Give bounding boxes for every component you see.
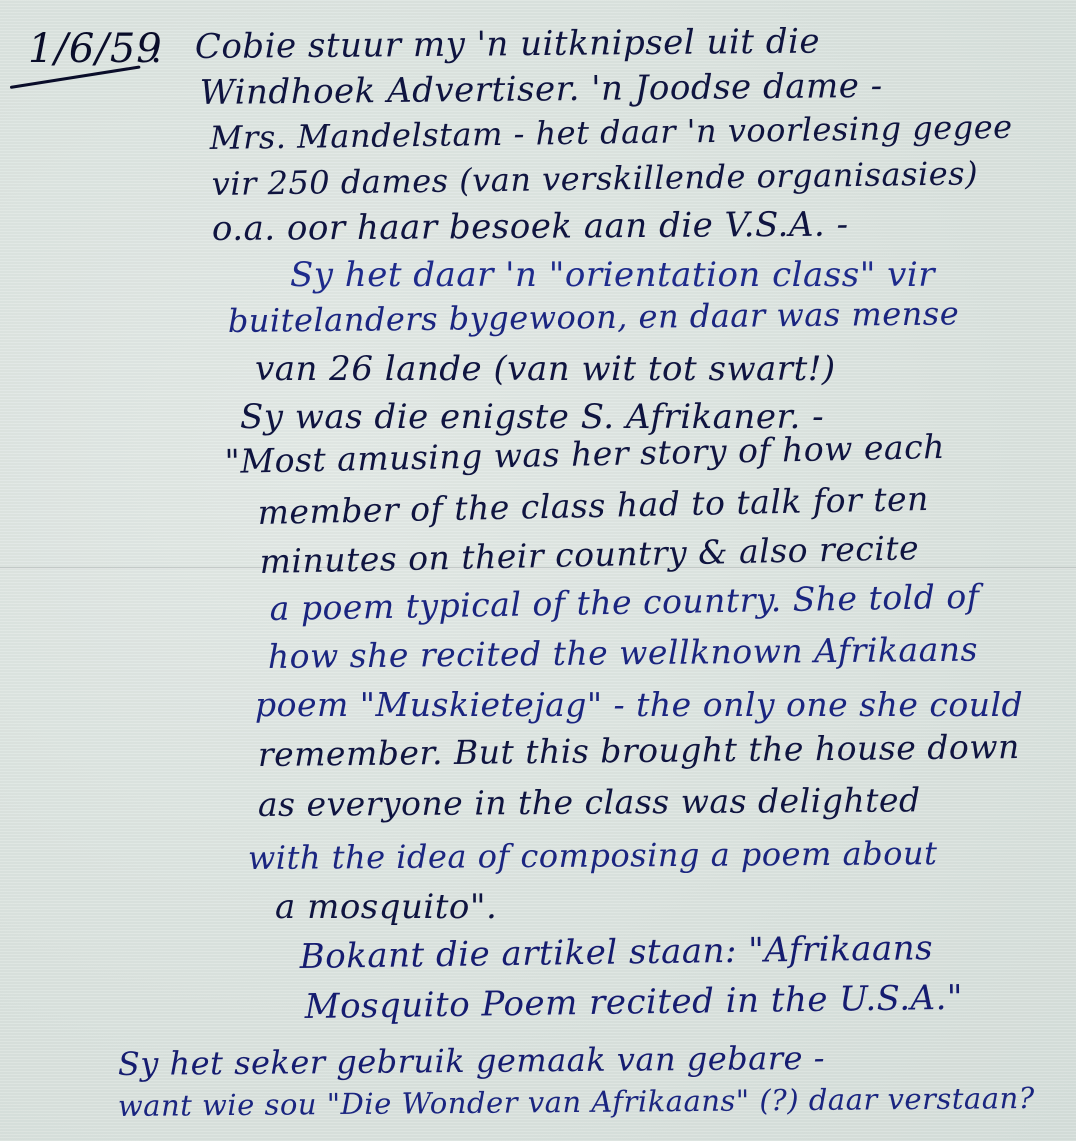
handwritten-line: Windhoek Advertiser. 'n Joodse dame - bbox=[200, 69, 883, 110]
handwritten-line: Cobie stuur my 'n uitknipsel uit die bbox=[195, 25, 820, 64]
handwritten-line: Bokant die artikel staan: "Afrikaans bbox=[300, 931, 934, 974]
handwritten-line: Sy het daar 'n "orientation class" vir bbox=[290, 258, 935, 292]
handwritten-line: Sy was die enigste S. Afrikaner. - bbox=[240, 400, 824, 434]
entry-date: 1/6/59 bbox=[28, 26, 163, 72]
handwritten-line: as everyone in the class was delighted bbox=[258, 783, 921, 821]
handwritten-line: a poem typical of the country. She told … bbox=[269, 580, 979, 625]
handwritten-line: Mosquito Poem recited in the U.S.A." bbox=[305, 981, 964, 1024]
handwritten-line: how she recited the wellknown Afrikaans bbox=[268, 633, 978, 673]
handwritten-line: Mrs. Mandelstam - het daar 'n voorlesing… bbox=[210, 111, 1013, 154]
handwritten-line: Sy het seker gebruik gemaak van gebare - bbox=[118, 1042, 825, 1080]
handwritten-line: remember. But this brought the house dow… bbox=[258, 730, 1020, 771]
handwritten-line: "Most amusing was her story of how each bbox=[224, 430, 945, 478]
handwritten-line: want wie sou "Die Wonder van Afrikaans" … bbox=[118, 1084, 1035, 1121]
handwritten-line: with the idea of composing a poem about bbox=[248, 837, 938, 874]
handwritten-line: minutes on their country & also recite bbox=[259, 531, 919, 578]
handwritten-line: van 26 lande (van wit tot swart!) bbox=[255, 352, 836, 386]
handwritten-line: o.a. oor haar besoek aan die V.S.A. - bbox=[212, 208, 849, 246]
date-separator: : bbox=[150, 30, 162, 71]
handwritten-line: a mosquito". bbox=[275, 890, 497, 924]
handwritten-line: buitelanders bygewoon, en daar was mense bbox=[228, 297, 960, 337]
handwritten-line: poem "Muskietejag" - the only one she co… bbox=[255, 688, 1023, 721]
handwritten-line: vir 250 dames (van verskillende organisa… bbox=[212, 157, 979, 200]
letter-page: 1/6/59 : Cobie stuur my 'n uitknipsel ui… bbox=[0, 0, 1076, 1141]
handwritten-line: member of the class had to talk for ten bbox=[257, 482, 929, 529]
